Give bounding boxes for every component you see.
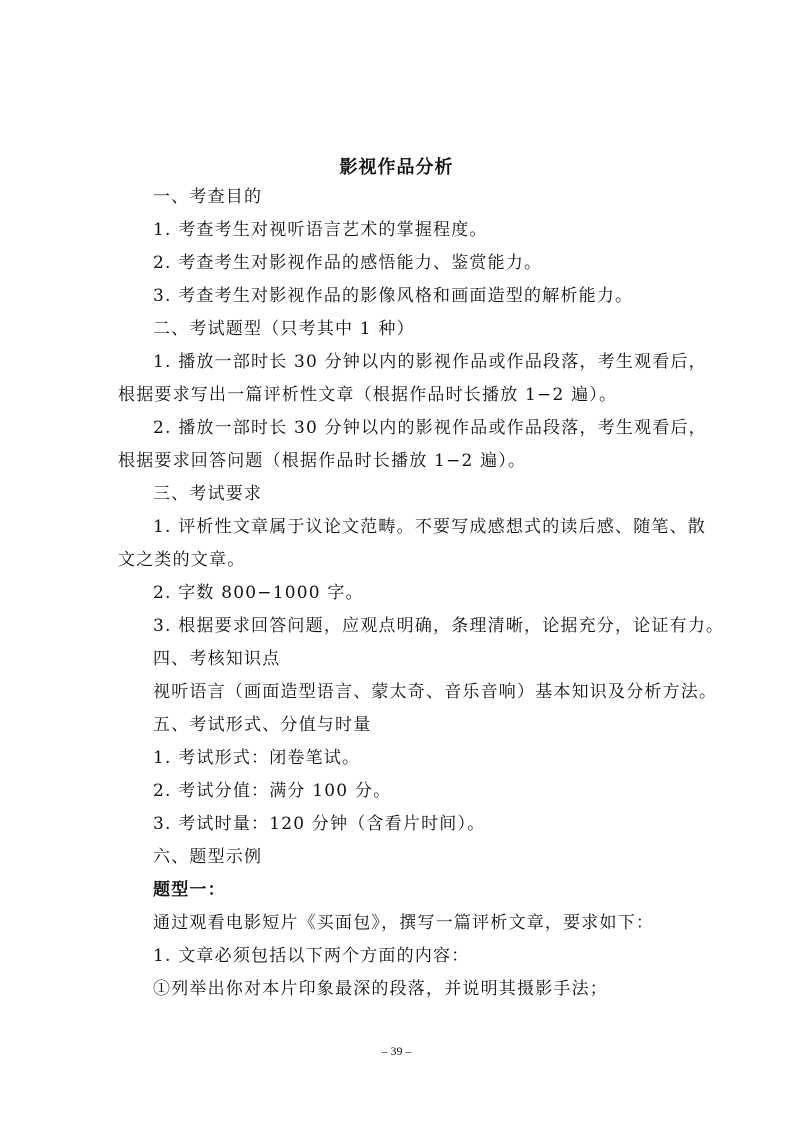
list-item: 2. 考试分值：满分 100 分。 (153, 780, 391, 802)
page-title: 影视作品分析 (0, 153, 793, 179)
list-item: ①列举出你对本片印象最深的段落，并说明其摄影手法； (153, 978, 608, 1000)
paragraph-line: 通过观看电影短片《买面包》，撰写一篇评析文章，要求如下： (153, 912, 654, 934)
page-number: – 39 – (0, 1044, 793, 1059)
document-page: 影视作品分析 一、考查目的 1. 考查考生对视听语言艺术的掌握程度。 2. 考查… (0, 0, 793, 1122)
paragraph-line: 2. 播放一部时长 30 分钟以内的影视作品或作品段落，考生观看后， (153, 417, 707, 439)
list-item: 2. 考查考生对影视作品的感悟能力、鉴赏能力。 (153, 252, 542, 274)
section-heading-6: 六、题型示例 (153, 846, 262, 868)
section-heading-2: 二、考试题型（只考其中 1 种） (153, 318, 415, 340)
section-heading-5: 五、考试形式、分值与时量 (153, 714, 371, 736)
list-item: 1. 考查考生对视听语言艺术的掌握程度。 (153, 219, 488, 241)
section-heading-4: 四、考核知识点 (153, 648, 280, 670)
list-item: 3. 考查考生对影视作品的影像风格和画面造型的解析能力。 (153, 285, 633, 307)
paragraph-line: 文之类的文章。 (118, 549, 245, 571)
list-item: 1. 文章必须包括以下两个方面的内容： (153, 945, 469, 967)
paragraph-line: 1. 播放一部时长 30 分钟以内的影视作品或作品段落，考生观看后， (153, 351, 707, 373)
list-item: 2. 字数 800−1000 字。 (153, 582, 364, 604)
question-type-heading: 题型一： (153, 879, 226, 901)
list-item: 3. 根据要求回答问题，应观点明确，条理清晰，论据充分，论证有力。 (153, 615, 724, 637)
paragraph-line: 1. 评析性文章属于议论文范畴。不要写成感想式的读后感、随笔、散 (153, 516, 706, 538)
section-heading-1: 一、考查目的 (153, 186, 262, 208)
list-item: 3. 考试时量：120 分钟（含看片时间）。 (153, 813, 485, 835)
section-heading-3: 三、考试要求 (153, 483, 262, 505)
paragraph-line: 根据要求回答问题（根据作品时长播放 1−2 遍）。 (118, 450, 526, 472)
paragraph-line: 视听语言（画面造型语言、蒙太奇、音乐音响）基本知识及分析方法。 (153, 681, 717, 703)
paragraph-line: 根据要求写出一篇评析性文章（根据作品时长播放 1−2 遍）。 (118, 384, 617, 406)
list-item: 1. 考试形式：闭卷笔试。 (153, 747, 360, 769)
